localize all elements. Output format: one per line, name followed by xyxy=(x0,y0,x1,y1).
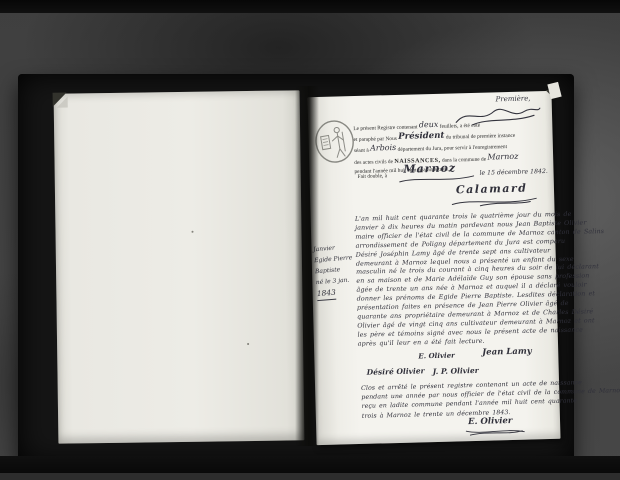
bottom-black-band xyxy=(0,456,620,473)
closing-statement: Clos et arrêté le présent registre conte… xyxy=(361,379,558,421)
birth-act-text: L'an mil huit cent quarante trois le qua… xyxy=(355,211,556,349)
fait-double-label: Fait double, à xyxy=(358,173,388,180)
handwritten-insert: Arbois xyxy=(370,143,396,153)
handwritten-insert: deux xyxy=(419,120,439,130)
page-corner-fold xyxy=(57,97,68,108)
paper-speck xyxy=(191,231,193,233)
handwritten-insert: Marnoz xyxy=(487,152,518,162)
form-text: séant à xyxy=(354,148,369,154)
signature-flourish-icon xyxy=(464,427,526,438)
right-register-page: Première, Le présent Registre contenant … xyxy=(307,91,560,445)
book-gutter-shadow xyxy=(295,86,319,446)
form-text: et paraphé par Nous xyxy=(354,136,397,143)
form-text: des actes civils de xyxy=(354,159,393,166)
bottom-gray-band xyxy=(0,473,620,480)
form-text: feuillets, a été coté xyxy=(440,123,481,130)
archival-scan-photo: Première, Le présent Registre contenant … xyxy=(0,0,620,480)
margin-year: 1843 xyxy=(316,287,336,301)
form-text: du tribunal de première instance xyxy=(446,132,516,140)
left-blank-page xyxy=(54,90,305,443)
margin-annotation: Janvier Egide Pierre Baptiste né le 3 ja… xyxy=(313,241,359,301)
mayor-signature: E. Olivier xyxy=(418,350,455,360)
fait-double-date: le 15 décembre 1842. xyxy=(479,168,547,177)
father-signature: Jean Lamy xyxy=(482,346,532,357)
handwritten-insert: Président xyxy=(398,130,445,141)
witness-signature: Désiré Olivier xyxy=(367,366,425,377)
signature-flourish-icon xyxy=(450,194,538,208)
margin-line: 1843 xyxy=(316,285,359,301)
witness-signature: J. P. Olivier xyxy=(433,366,479,376)
closing-signature: E. Olivier xyxy=(468,416,513,427)
paper-speck xyxy=(247,343,249,345)
top-black-band xyxy=(0,0,620,13)
